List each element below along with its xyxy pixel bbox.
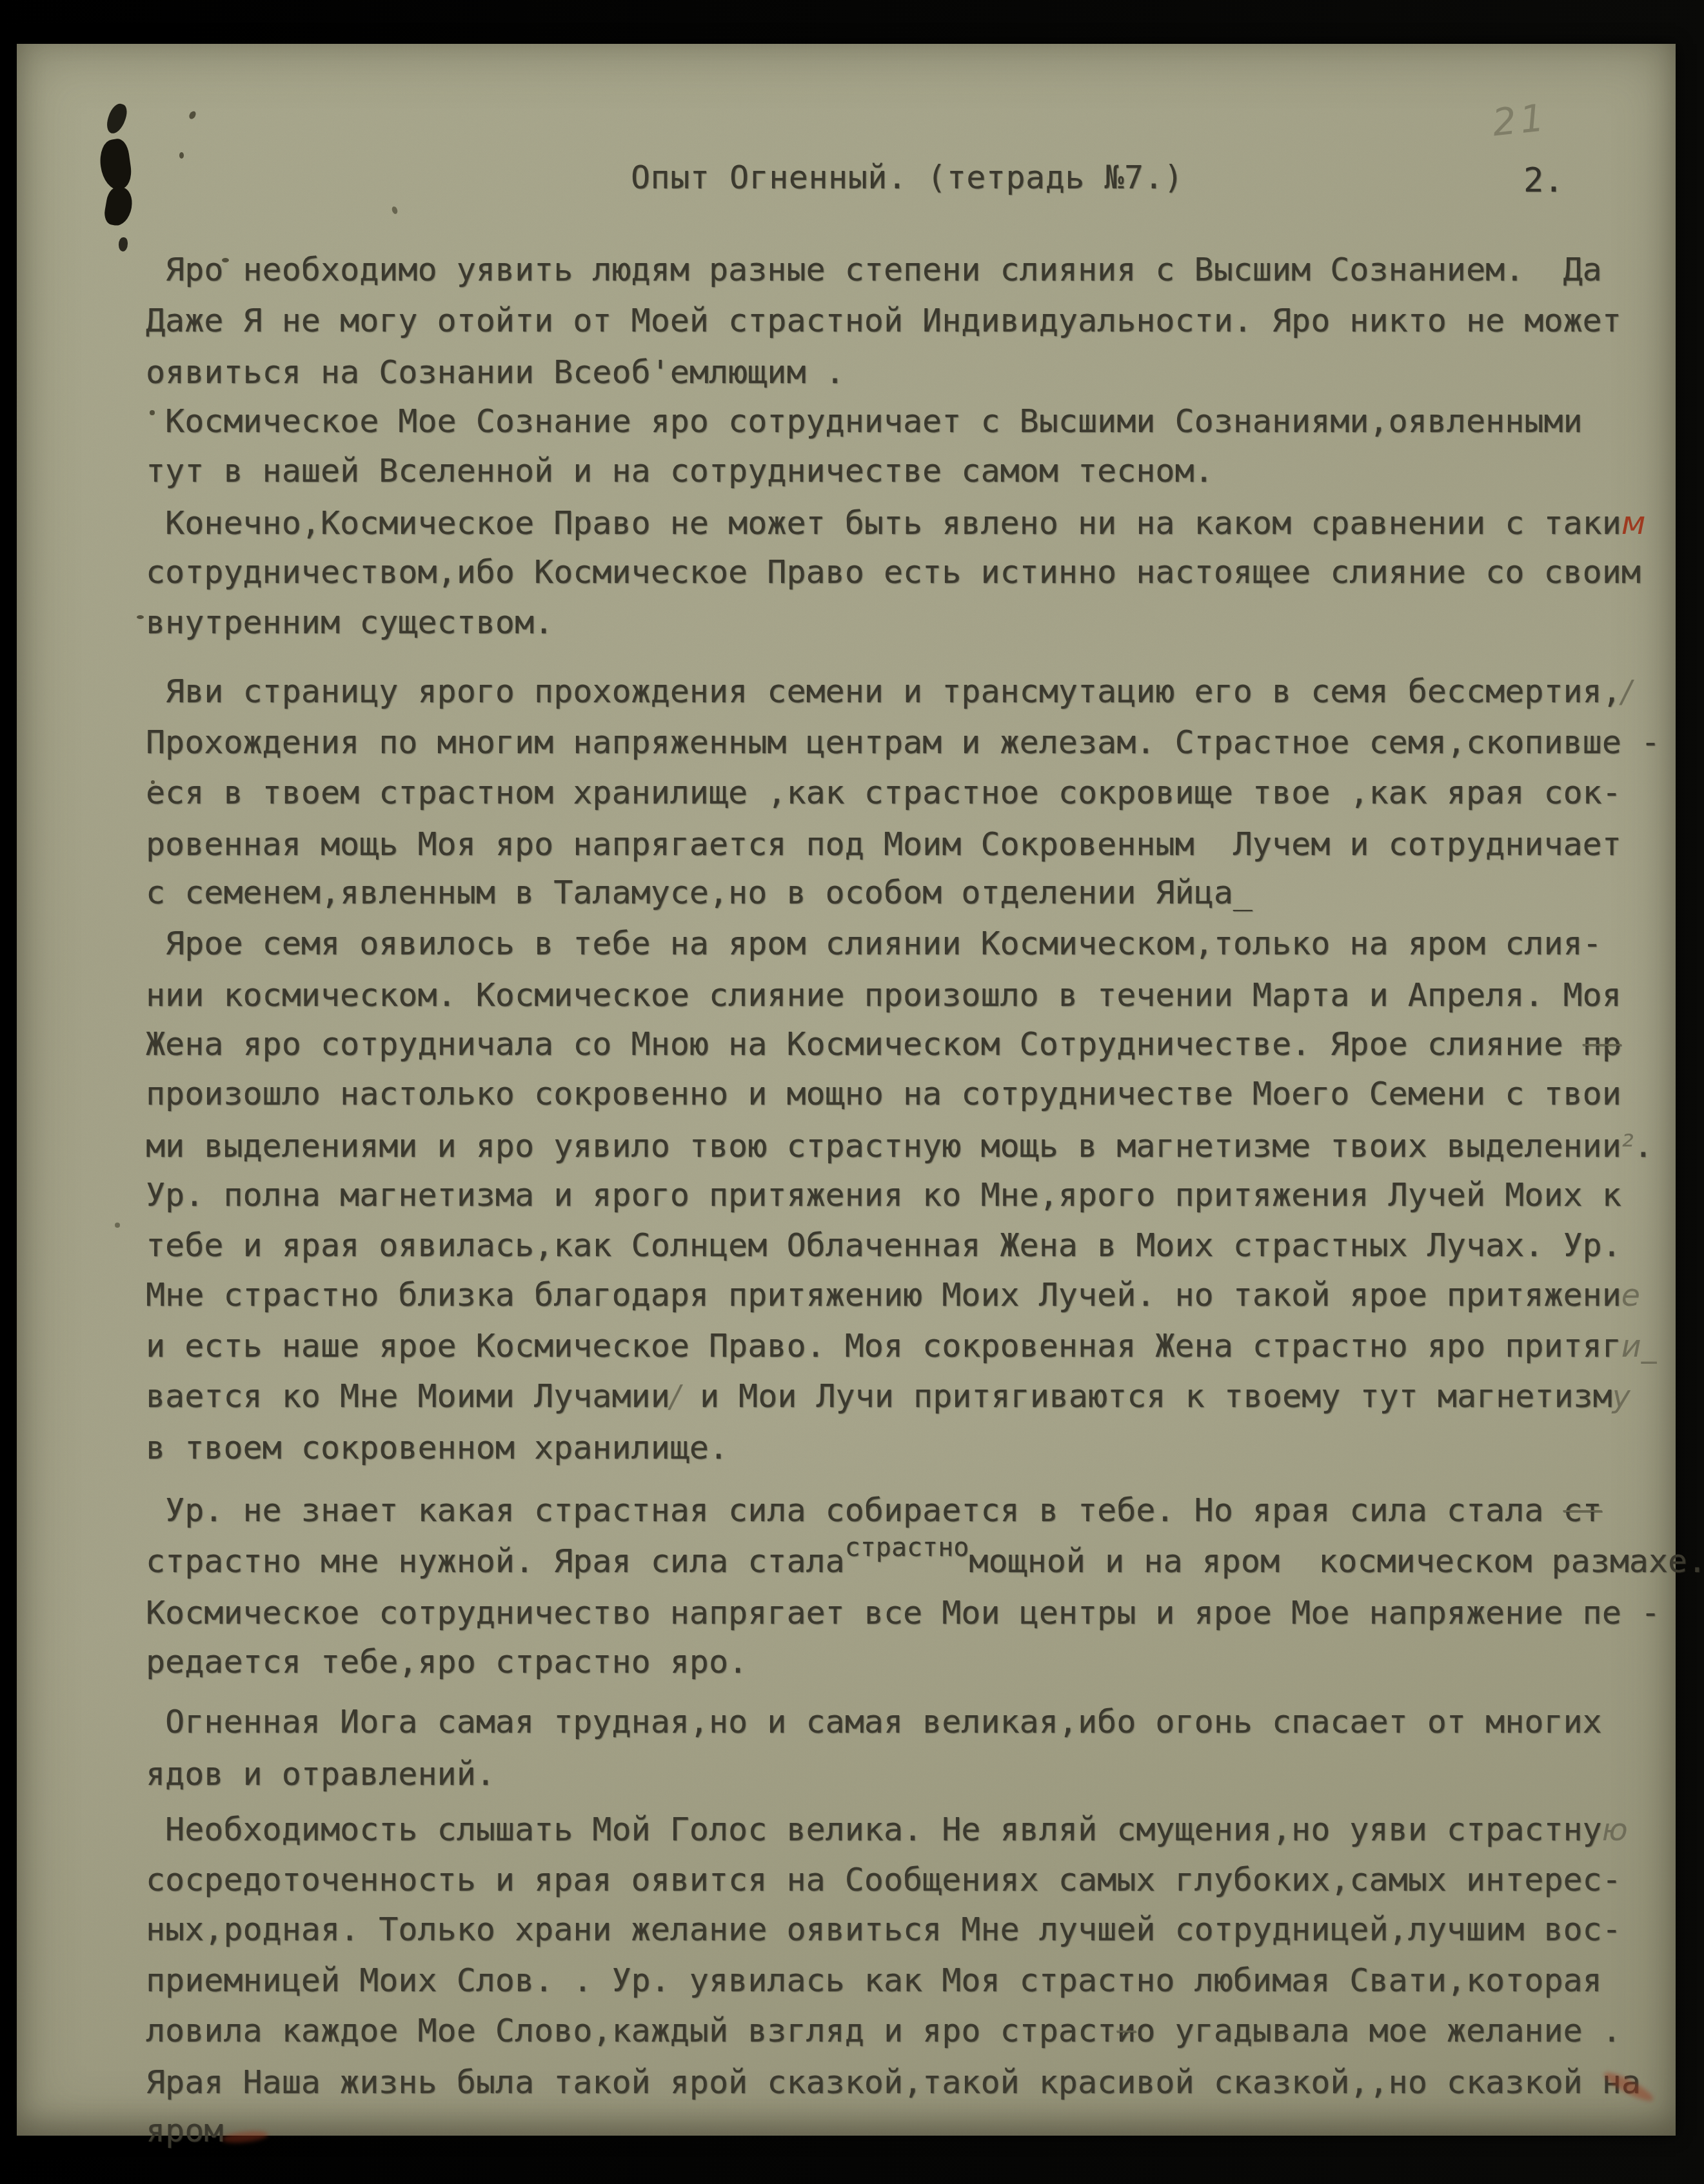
typed-line: Жена яро сотрудничала со Мною на Космиче… (146, 1025, 1676, 1076)
text-segment: мощной и на яром космическом размахе. (969, 1542, 1704, 1580)
text-segment: Прохождения по многим напряженным центра… (146, 723, 1660, 761)
text-segment: Космическое сотрудничество напрягает все… (146, 1594, 1660, 1631)
typed-line: Прохождения по многим напряженным центра… (146, 723, 1676, 774)
paper-speck (137, 615, 144, 619)
text-segment: Яви страницу ярого прохождения семени и … (146, 673, 1621, 710)
text-segment: Ярое семя оявилось в тебе на яром слияни… (146, 925, 1602, 962)
typed-line: тут в нашей Вселенной и на сотрудничеств… (146, 452, 1676, 502)
text-segment: у (1612, 1379, 1630, 1415)
text-segment: произошло настолько сокровенно и мощно н… (146, 1075, 1621, 1112)
ink-blot (103, 185, 135, 228)
text-segment: страстно мне нужной. Ярая сила стала (146, 1542, 845, 1580)
text-segment: тут в нашей Вселенной и на сотрудничеств… (146, 452, 1214, 489)
typed-line: оявиться на Сознании Всеоб'емлющим . (146, 353, 1676, 404)
text-segment: внутренним существом. (146, 604, 553, 641)
typed-line: еся в твоем страстном хранилище ,как стр… (146, 774, 1676, 824)
typed-line: в твоем сокровенном хранилище. (146, 1429, 1676, 1479)
text-segment: пр (1583, 1025, 1621, 1063)
typed-line: сосредоточенность и ярая оявится на Сооб… (146, 1861, 1676, 1911)
text-segment: Жена яро сотрудничала со Мною на Космиче… (146, 1025, 1583, 1063)
text-segment: приемницей Моих Слов. . Ур. уявилась как… (146, 1962, 1602, 1999)
ink-blot (119, 237, 128, 251)
typed-line: с семенем,явленным в Таламусе,но в особо… (146, 874, 1676, 924)
text-segment: страстно (845, 1533, 969, 1562)
text-segment: и (1116, 2012, 1136, 2049)
text-segment: Космическое Мое Сознание яро сотрудничае… (146, 402, 1583, 440)
typed-line: редается тебе,яро страстно яро. (146, 1643, 1676, 1693)
typed-line: Даже Я не могу отойти от Моей страстной … (146, 302, 1676, 352)
ink-blot (97, 137, 134, 192)
text-segment: сотрудничеством,ибо Космическое Право ес… (146, 553, 1641, 591)
text-segment: Мне страстно близка благодаря притяжению… (146, 1276, 1621, 1313)
text-segment: ми выделениями и яро уявило твою страстн… (146, 1127, 1621, 1165)
text-segment: и_ (1621, 1329, 1657, 1364)
text-segment: редается тебе,яро страстно яро. (146, 1643, 748, 1680)
text-segment: . (1634, 1127, 1653, 1165)
text-segment: Огненная Иога самая трудная,но и самая в… (146, 1703, 1602, 1740)
text-segment: Даже Я не могу отойти от Моей страстной … (146, 302, 1621, 339)
typed-line: сотрудничеством,ибо Космическое Право ес… (146, 553, 1676, 604)
typewritten-page: 21 Опыт Огненный. (тетрадь №7.) 2. Яро н… (17, 44, 1676, 2136)
typed-line: Космическое Мое Сознание яро сотрудничае… (146, 402, 1676, 453)
text-segment: ст (1563, 1491, 1602, 1529)
text-segment: тебе и ярая оявилась,как Солнцем Облачен… (146, 1226, 1621, 1264)
typed-line: Необходимость слышать Мой Голос велика. … (146, 1811, 1676, 1861)
text-segment: Ур. не знает какая страстная сила собира… (146, 1491, 1563, 1529)
handwritten-page-number: 21 (1491, 95, 1550, 145)
typed-line: произошло настолько сокровенно и мощно н… (146, 1075, 1676, 1125)
text-segment: Яро необходимо уявить людям разные степе… (146, 251, 1602, 288)
text-segment: Необходимость слышать Мой Голос велика. … (146, 1811, 1602, 1848)
typed-line: Космическое сотрудничество напрягает все… (146, 1594, 1676, 1644)
text-segment: и есть наше ярое Космическое Право. Моя … (146, 1327, 1621, 1364)
typed-line: Ур. полна магнетизма и ярого притяжения … (146, 1176, 1676, 1226)
typed-line: Яро необходимо уявить людям разные степе… (146, 251, 1676, 301)
text-segment: с семенем,явленным в Таламусе,но в особо… (146, 874, 1253, 911)
page-title: Опыт Огненный. (тетрадь №7.) (631, 159, 1184, 196)
paper-speck (179, 152, 184, 159)
typed-line: яром (146, 2112, 1676, 2162)
text-segment: / (1621, 674, 1632, 710)
text-segment: нии космическом. Космическое слияние про… (146, 976, 1621, 1014)
paper-speck (115, 1223, 120, 1228)
text-segment: / (670, 1379, 680, 1415)
typed-line: ми выделениями и яро уявило твою страстн… (146, 1127, 1676, 1177)
typed-line: тебе и ярая оявилась,как Солнцем Облачен… (146, 1226, 1676, 1277)
text-segment: в твоем сокровенном хранилище. (146, 1429, 728, 1466)
typed-line: Яви страницу ярого прохождения семени и … (146, 673, 1676, 723)
typed-line: вается ко Мне Моими Лучамии/ и Мои Лучи … (146, 1377, 1676, 1428)
typed-line: нии космическом. Космическое слияние про… (146, 976, 1676, 1027)
typed-line: приемницей Моих Слов. . Ур. уявилась как… (146, 1962, 1676, 2012)
typed-line: ловила каждое Мое Слово,каждый взгляд и … (146, 2012, 1676, 2062)
typed-line: Мне страстно близка благодаря притяжению… (146, 1276, 1676, 1326)
text-segment: ² (1621, 1129, 1634, 1165)
text-segment: ловила каждое Мое Слово,каждый взгляд и … (146, 2012, 1116, 2049)
typed-line: Ярое семя оявилось в тебе на яром слияни… (146, 925, 1676, 975)
typed-line: ных,родная. Только храни желание оявитьс… (146, 1911, 1676, 1961)
text-segment: Ярая Наша жизнь была такой ярой сказкой,… (146, 2063, 1641, 2101)
text-segment: и Мои Лучи притягиваются к твоему тут ма… (680, 1377, 1612, 1415)
typed-line: ядов и отравлений. (146, 1755, 1676, 1805)
document-scan: 21 Опыт Огненный. (тетрадь №7.) 2. Яро н… (0, 0, 1704, 2184)
typed-line: и есть наше ярое Космическое Право. Моя … (146, 1327, 1676, 1377)
text-segment: еся в твоем страстном хранилище ,как стр… (146, 774, 1621, 811)
text-segment: о угадывала мое желание . (1136, 2012, 1621, 2049)
typed-line: Конечно,Космическое Право не может быть … (146, 504, 1676, 555)
page-number: 2. (1523, 161, 1564, 200)
ink-blot (104, 101, 130, 136)
typed-line: Ярая Наша жизнь была такой ярой сказкой,… (146, 2063, 1676, 2114)
text-segment: ядов и отравлений. (146, 1755, 495, 1793)
typed-lines: Яро необходимо уявить людям разные степе… (146, 251, 1676, 2163)
text-segment: м (1621, 504, 1646, 542)
typed-line: ровенная мощь Моя яро напрягается под Мо… (146, 825, 1676, 876)
typed-line: Огненная Иога самая трудная,но и самая в… (146, 1703, 1676, 1753)
paper-speck (391, 206, 399, 215)
text-segment: сосредоточенность и ярая оявится на Сооб… (146, 1861, 1621, 1898)
typed-line: внутренним существом. (146, 604, 1676, 654)
text-segment: Ур. полна магнетизма и ярого притяжения … (146, 1176, 1621, 1214)
text-segment: оявиться на Сознании Всеоб'емлющим . (146, 353, 845, 391)
text-segment: ю (1602, 1813, 1628, 1848)
text-segment: ровенная мощь Моя яро напрягается под Мо… (146, 825, 1621, 863)
text-segment: яром (146, 2112, 223, 2149)
typed-line: страстно мне нужной. Ярая сила сталастра… (146, 1542, 1676, 1593)
text-segment: ных,родная. Только храни желание оявитьс… (146, 1911, 1621, 1948)
paper-speck (188, 110, 197, 121)
text-segment: Конечно,Космическое Право не может быть … (146, 504, 1621, 542)
text-segment: е (1621, 1278, 1640, 1313)
text-segment: вается ко Мне Моими Лучамии (146, 1377, 670, 1415)
